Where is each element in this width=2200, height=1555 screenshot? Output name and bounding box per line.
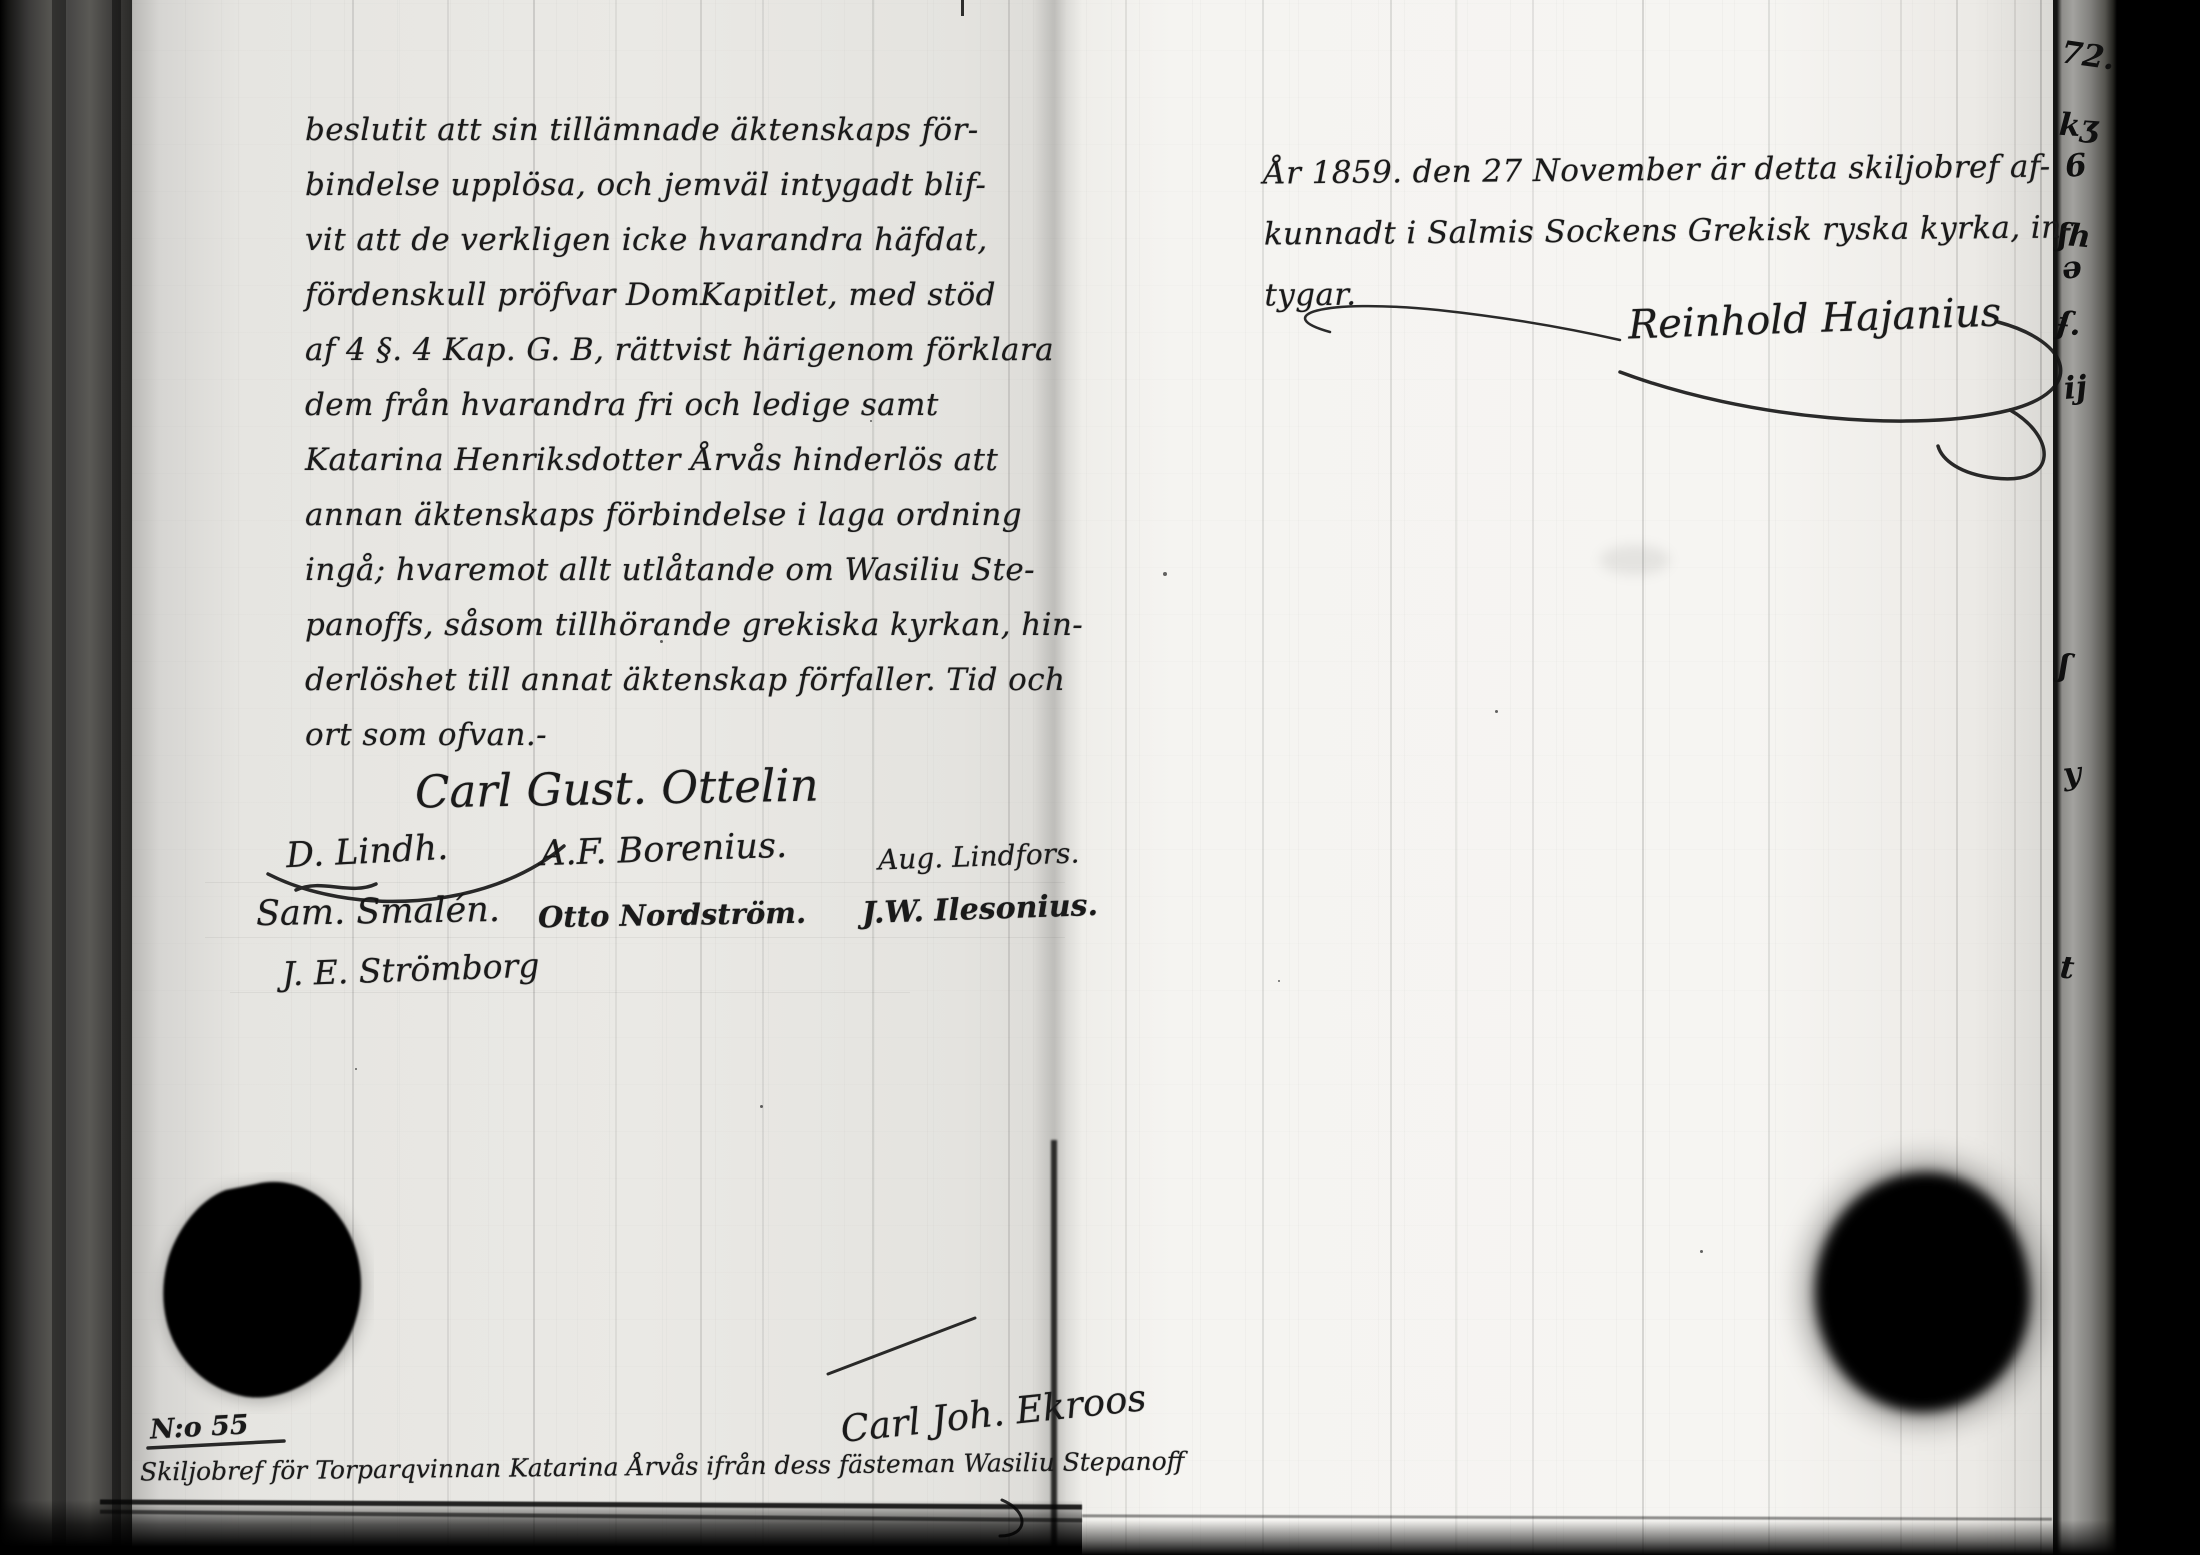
- page-edge-fragment: ʃ: [2057, 648, 2072, 685]
- signature-lindfors: Aug. Lindfors.: [877, 836, 1079, 876]
- page-edge-fragment: 72.: [2059, 34, 2117, 77]
- body-line: År 1859. den 27 November är detta skiljo…: [1263, 148, 2072, 216]
- book-edge-streak: [112, 0, 121, 1555]
- body-line: vit att de verkligen icke hvarandra häfd…: [305, 222, 1083, 277]
- bleed-smudge: [1600, 545, 1670, 575]
- body-line: af 4 §. 4 Kap. G. B, rättvist härigenom …: [305, 332, 1083, 387]
- body-line: annan äktenskaps förbindelse i laga ordn…: [305, 497, 1083, 552]
- page-edge-fragment: kʒ: [2058, 107, 2100, 146]
- page-edge-fragment: ij: [2062, 369, 2088, 407]
- ink-speck: [1495, 710, 1498, 713]
- document-scan: 72. kʒ 6 ʃh ə ʄ. ij ʃ y t beslutit att: [0, 0, 2200, 1555]
- signature-lindh: D. Lindh.: [285, 828, 449, 876]
- signature-nordstrom: Otto Nordström.: [538, 896, 807, 935]
- body-line: beslutit att sin tillämnade äktenskaps f…: [305, 112, 1083, 167]
- page-edge-fragment: y: [2061, 755, 2083, 793]
- ink-speck: [1163, 572, 1167, 576]
- book-edge-streak: [52, 0, 66, 1555]
- wax-seal-left: [148, 1172, 374, 1414]
- signature-ottelin: Carl Gust. Ottelin: [415, 758, 820, 818]
- body-line: fördenskull pröfvar DomKapitlet, med stö…: [305, 277, 1083, 332]
- page-edge-fragment: t: [2058, 949, 2075, 986]
- wax-seal-right: [1815, 1172, 2030, 1412]
- ink-speck: [760, 1105, 763, 1108]
- pencil-rule: [205, 937, 1065, 938]
- signature-smalen: Sam. Smalén.: [256, 890, 501, 934]
- ink-speck: [1700, 1250, 1703, 1253]
- gutter-crease: [1051, 1140, 1057, 1555]
- scan-scratch-line: [1125, 0, 1127, 1555]
- body-line: kunnadt i Salmis Sockens Grekisk ryska k…: [1264, 209, 2073, 277]
- body-line: Katarina Henriksdotter Årvås hinderlös a…: [305, 442, 1083, 497]
- body-line: ingå; hvaremot allt utlåtande om Wasiliu…: [305, 552, 1083, 607]
- ink-speck: [1278, 980, 1280, 982]
- scan-bottom-band-left: [0, 1500, 1082, 1555]
- body-line: panoffs, såsom tillhörande grekiska kyrk…: [305, 607, 1083, 662]
- pencil-rule: [205, 882, 1065, 883]
- ink-speck: [355, 1068, 357, 1070]
- pencil-rule: [230, 992, 910, 993]
- body-line: dem från hvarandra fri och ledige samt: [305, 387, 1083, 442]
- body-line: bindelse upplösa, och jemväl intygadt bl…: [305, 167, 1083, 222]
- record-number: N:o 55: [149, 1409, 249, 1445]
- body-line: derlöshet till annat äktenskap förfaller…: [305, 662, 1083, 717]
- scan-top-tick: [961, 0, 964, 16]
- left-page-body-text: beslutit att sin tillämnade äktenskaps f…: [305, 112, 1083, 772]
- scan-bottom-band-right: [1082, 1520, 2200, 1555]
